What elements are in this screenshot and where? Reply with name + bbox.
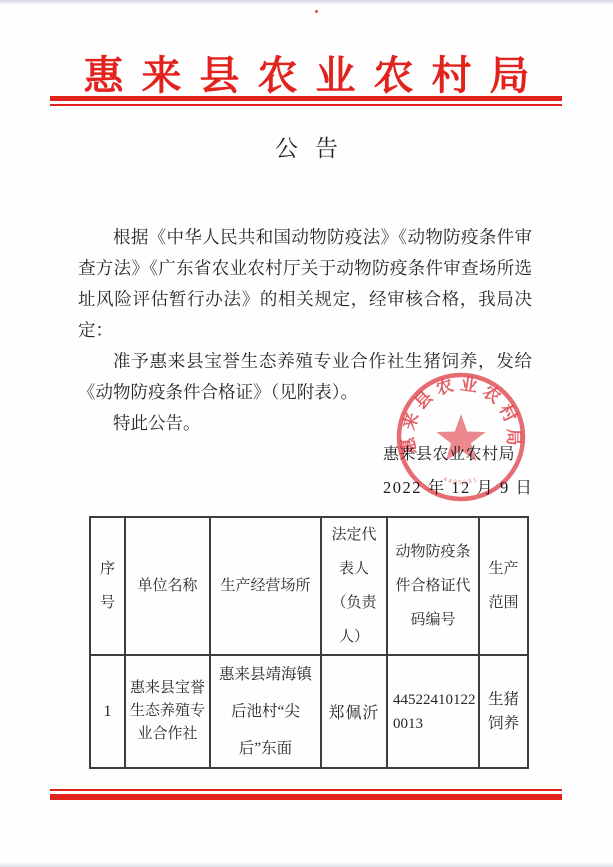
scan-edge-top <box>0 0 613 5</box>
signature-org: 惠来县农业农村局 <box>383 441 563 464</box>
header-rule-thin-line <box>50 104 562 106</box>
col-header-scope: 生产范围 <box>479 517 528 655</box>
col-header-place: 生产经营场所 <box>210 517 321 655</box>
signature-date: 2022 年 12 月 9 日 <box>383 474 563 498</box>
header-rule <box>50 96 562 106</box>
scan-artifact-dot <box>315 10 318 13</box>
footer-rule-thick-line <box>50 794 562 800</box>
cell-place: 惠来县靖海镇后池村“尖后”东面 <box>210 655 321 768</box>
table-row: 1 惠来县宝誉生态养殖专业合作社 惠来县靖海镇后池村“尖后”东面 郑佩沂 445… <box>90 655 528 768</box>
doc-body: 根据《中华人民共和国动物防疫法》《动物防疫条件审查方法》《广东省农业农村厅关于动… <box>78 222 532 439</box>
col-header-representative: 法定代表人（负责人） <box>321 517 387 655</box>
scanned-document-page: 惠来县农业农村局 公告 根据《中华人民共和国动物防疫法》《动物防疫条件审查方法》… <box>0 0 613 867</box>
table-header-row: 序号 单位名称 生产经营场所 法定代表人（负责人） 动物防疫条件合格证代码编号 … <box>90 517 528 655</box>
paragraph-decision: 准予惠来县宝誉生态养殖专业合作社生猪饲养，发给《动物防疫条件合格证》（见附表）。 <box>78 346 532 408</box>
org-title: 惠来县农业农村局 <box>0 44 613 101</box>
cell-scope: 生猪饲养 <box>479 655 528 768</box>
signature-block: 惠来县农业农村局 2022 年 12 月 9 日 <box>383 441 563 498</box>
cell-representative: 郑佩沂 <box>321 655 387 768</box>
col-header-serial: 序号 <box>90 517 125 655</box>
cell-serial: 1 <box>90 655 125 768</box>
paragraph-closing: 特此公告。 <box>78 408 532 439</box>
footer-rule <box>50 789 562 800</box>
col-header-cert-code: 动物防疫条件合格证代码编号 <box>387 517 479 655</box>
cell-cert-code: 445224101220013 <box>387 655 479 768</box>
scan-edge-bottom <box>0 862 613 867</box>
col-header-unit-name: 单位名称 <box>125 517 210 655</box>
cell-unit-name: 惠来县宝誉生态养殖专业合作社 <box>125 655 210 768</box>
paragraph-legal-basis: 根据《中华人民共和国动物防疫法》《动物防疫条件审查方法》《广东省农业农村厅关于动… <box>78 222 532 346</box>
doc-title: 公告 <box>0 130 613 163</box>
license-table: 序号 单位名称 生产经营场所 法定代表人（负责人） 动物防疫条件合格证代码编号 … <box>89 516 529 769</box>
